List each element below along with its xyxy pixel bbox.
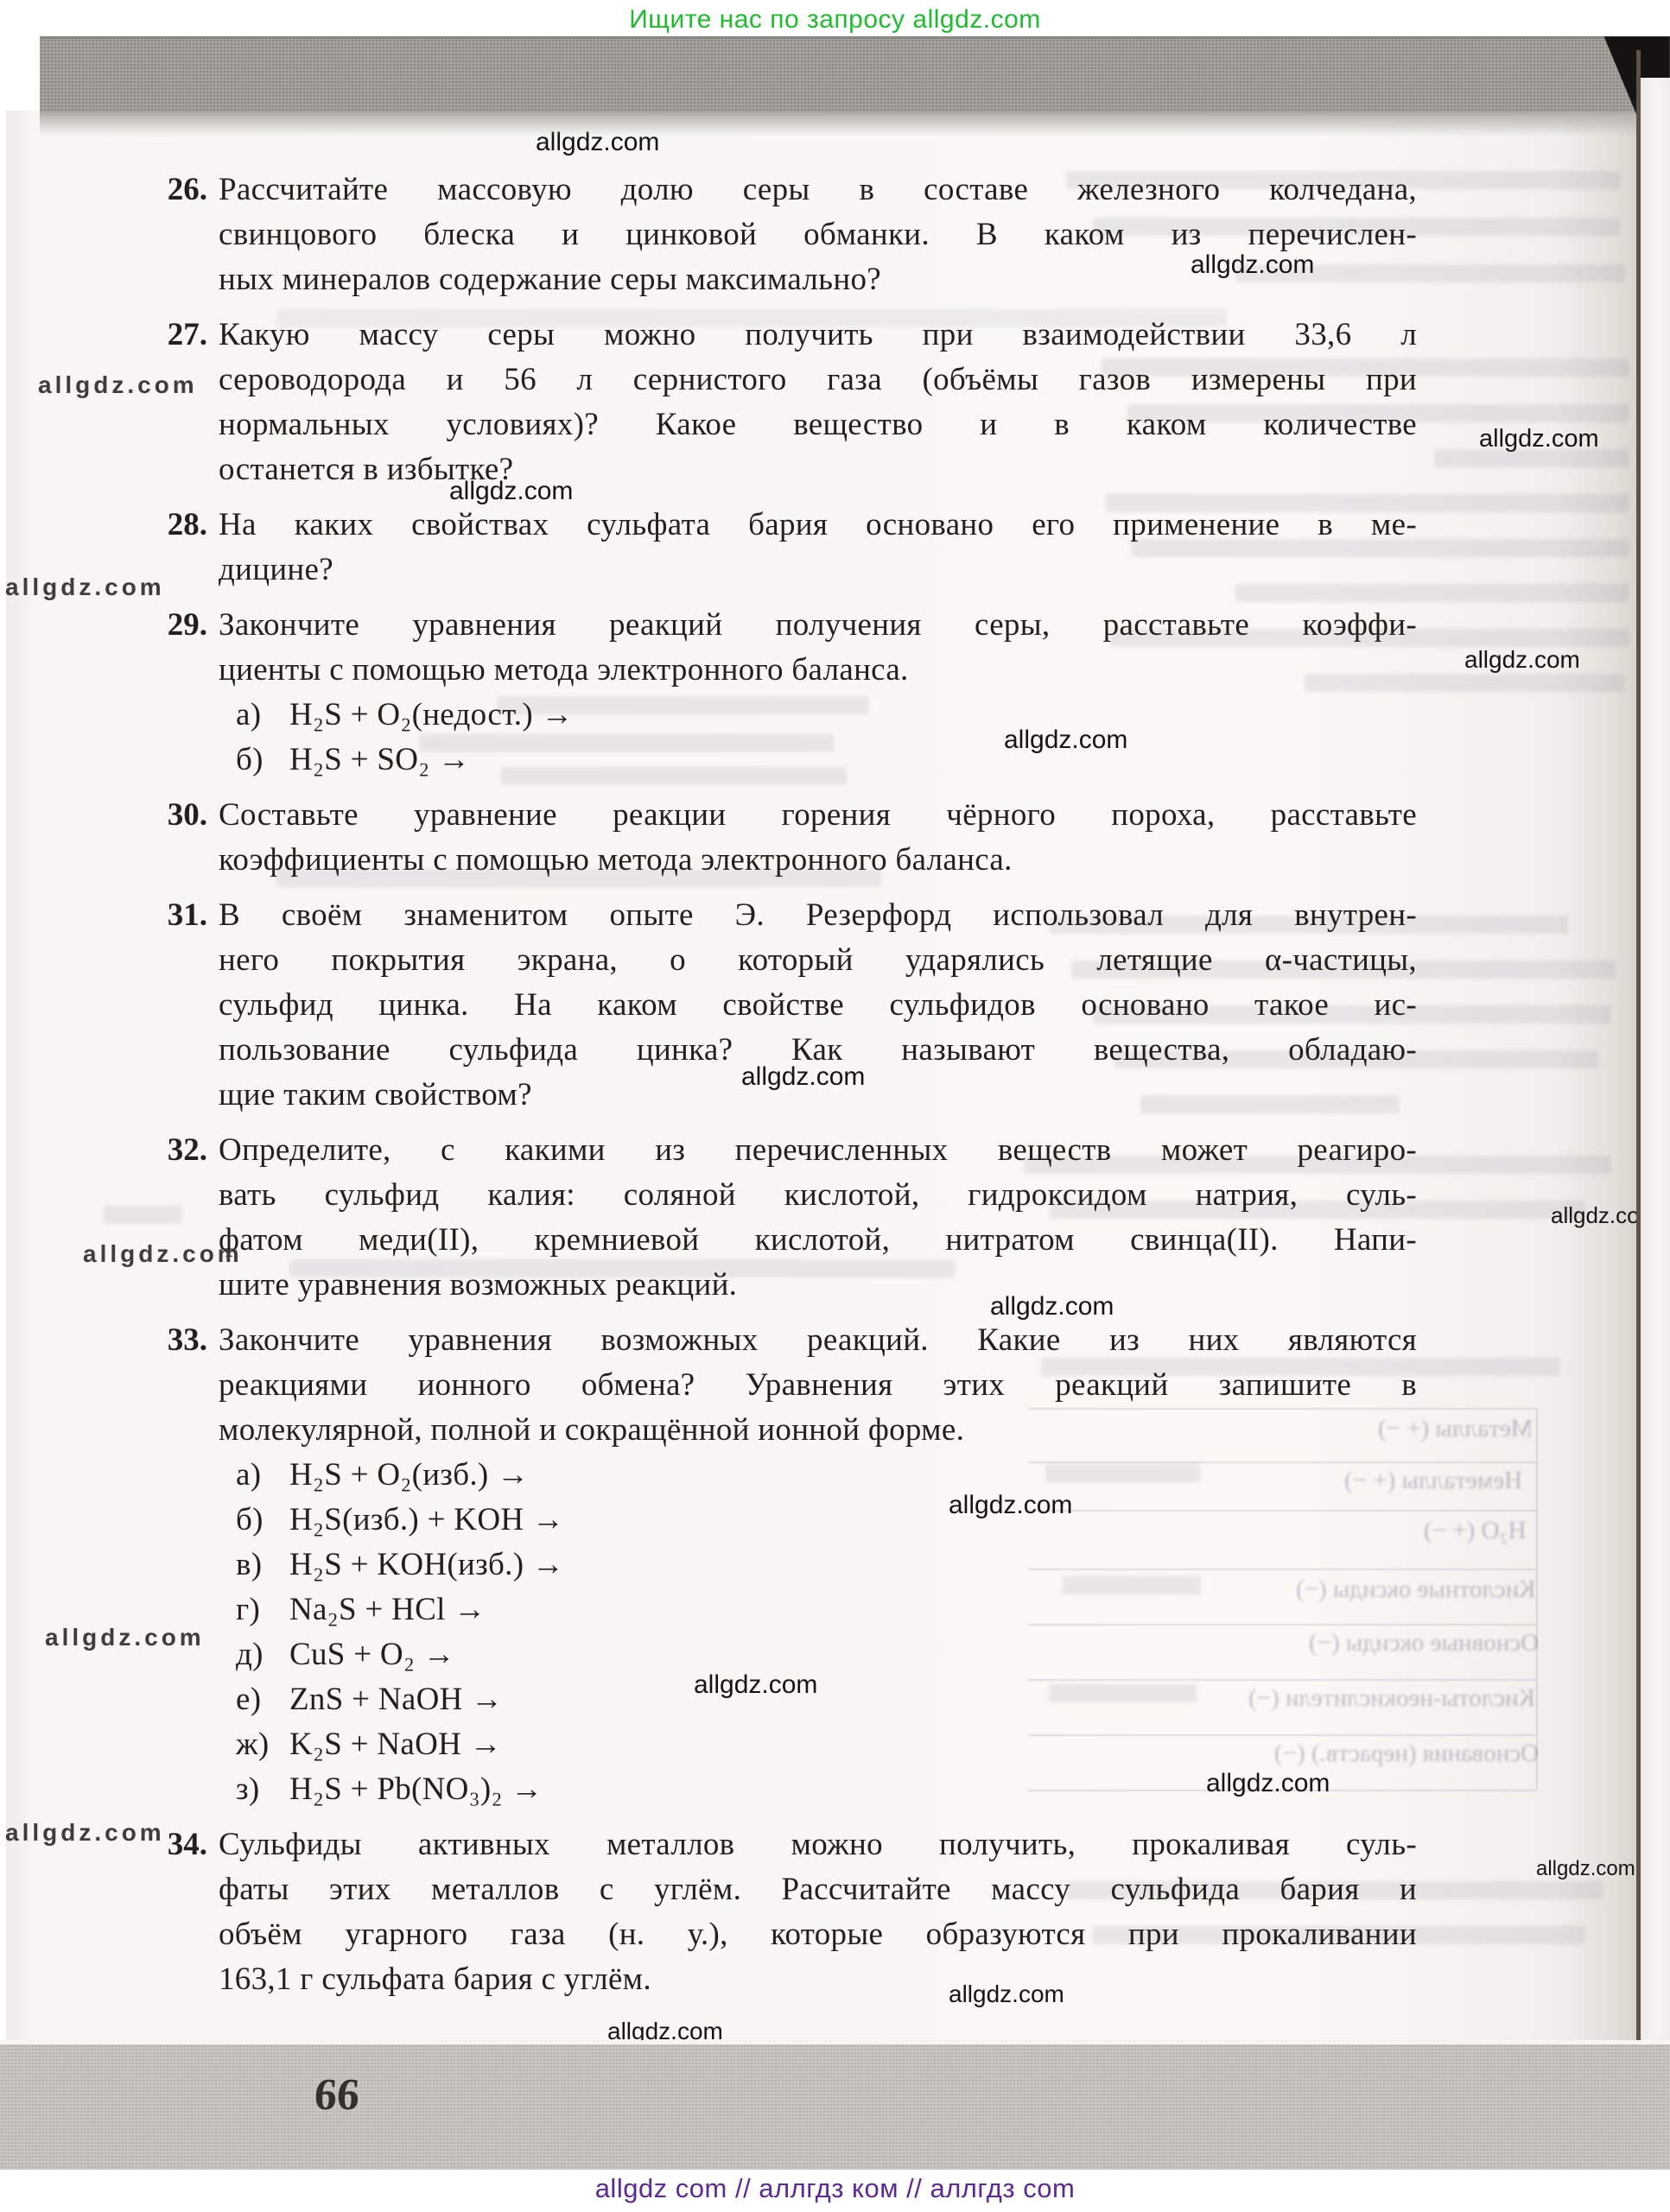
equation-line: б)H₂S + SO₂ →: [219, 738, 1417, 783]
problem-text: Рассчитайте массовую долю серы в составе…: [219, 168, 1417, 302]
scanned-textbook-page: Металлы (+ −)Неметаллы (+ −)Н₂О (+ −)Кис…: [0, 0, 1670, 2212]
site-watermark: allgdz.com: [38, 371, 198, 399]
problem-text-line: дицине?: [219, 548, 1417, 593]
problem-30: 30.Составьте уравнение реакции горения ч…: [162, 793, 1417, 883]
equation-formula: ZnS + NaOH →: [289, 1682, 503, 1717]
site-watermark: allgdz.com: [949, 1491, 1072, 1520]
problem-text: Закончите уравнения возможных реакций. К…: [219, 1318, 1417, 1812]
equation-line: в)H₂S + KOH(изб.) →: [219, 1543, 1417, 1588]
problem-33: 33.Закончите уравнения возможных реакций…: [162, 1318, 1417, 1812]
equation-formula: Na₂S + HCl →: [289, 1592, 486, 1627]
problem-text-line: Какую массу серы можно получить при взаи…: [219, 313, 1417, 358]
page-left-edge: [0, 111, 6, 2044]
site-watermark: allgdz.com: [990, 1292, 1114, 1321]
problem-number: 31.: [162, 893, 207, 1118]
site-watermark: allgdz.com: [1536, 1857, 1635, 1881]
equation-line: а)H₂S + O₂(недост.) →: [219, 693, 1417, 738]
equation-formula: K₂S + NaOH →: [289, 1727, 502, 1762]
problem-text-line: Рассчитайте массовую долю серы в составе…: [219, 168, 1417, 212]
problem-text: Составьте уравнение реакции горения чёрн…: [219, 793, 1417, 883]
problem-27: 27.Какую массу серы можно получить при в…: [162, 313, 1417, 492]
problem-text: Сульфиды активных металлов можно получит…: [219, 1822, 1417, 2002]
bleedthrough-table-divider: [1536, 1408, 1538, 1790]
problem-number: 30.: [162, 793, 207, 883]
equation-line: д)CuS + O₂ →: [219, 1632, 1417, 1677]
site-watermark: allgdz.com: [1191, 250, 1314, 280]
equation-item-label: в): [236, 1543, 289, 1588]
problem-number: 28.: [162, 503, 207, 593]
equation-formula: H₂S + KOH(изб.) →: [289, 1547, 564, 1582]
equation-item-label: а): [236, 1453, 289, 1498]
site-watermark: allgdz.com: [1206, 1769, 1330, 1798]
site-watermark: allgdz.com: [1464, 646, 1580, 674]
equation-item-label: б): [236, 1498, 289, 1543]
problem-text-line: 163,1 г сульфата бария с углём.: [219, 1957, 1417, 2002]
problem-text-line: фатом меди(II), кремниевой кислотой, нит…: [219, 1218, 1417, 1263]
equation-formula: H₂S + O₂(изб.) →: [289, 1457, 529, 1493]
equation-formula: H₂S + O₂(недост.) →: [289, 697, 574, 732]
problem-number: 29.: [162, 603, 207, 783]
promo-header: Ищите нас по запросу allgdz.com: [0, 5, 1670, 35]
problem-text: Закончите уравнения реакций получения се…: [219, 603, 1417, 783]
site-watermark: allgdz.com: [1479, 425, 1599, 453]
problem-text-line: шите уравнения возможных реакций.: [219, 1263, 1417, 1308]
site-watermark: allgdz.com: [741, 1062, 865, 1092]
problem-text-line: него покрытия экрана, о который ударялис…: [219, 938, 1417, 983]
problem-text: Какую массу серы можно получить при взаи…: [219, 313, 1417, 492]
problem-34: 34.Сульфиды активных металлов можно полу…: [162, 1822, 1417, 2002]
site-watermark: allgdz.com: [1004, 726, 1127, 755]
equation-item-label: з): [236, 1767, 289, 1812]
equation-line: а)H₂S + O₂(изб.) →: [219, 1453, 1417, 1498]
problem-text-line: Определите, с какими из перечисленных ве…: [219, 1128, 1417, 1173]
equation-item-label: б): [236, 738, 289, 783]
problem-text: Определите, с какими из перечисленных ве…: [219, 1128, 1417, 1308]
site-watermark: allgdz.com: [5, 574, 165, 601]
problem-text-line: коэффициенты с помощью метода электронно…: [219, 838, 1417, 883]
problem-text-line: реакциями ионного обмена? Уравнения этих…: [219, 1363, 1417, 1408]
problem-text-line: объём угарного газа (н. у.), которые обр…: [219, 1912, 1417, 1957]
problem-number: 32.: [162, 1128, 207, 1308]
problem-26: 26.Рассчитайте массовую долю серы в сост…: [162, 168, 1417, 302]
problem-text-line: фаты этих металлов с углём. Рассчитайте …: [219, 1867, 1417, 1912]
site-watermark: allgdz.com: [694, 1670, 817, 1700]
problem-number: 34.: [162, 1822, 207, 2002]
scan-top-band: [40, 36, 1670, 115]
equation-formula: H₂S + Pb(NO₃)₂ →: [289, 1772, 543, 1807]
problem-text-line: Сульфиды активных металлов можно получит…: [219, 1822, 1417, 1867]
problem-number: 33.: [162, 1318, 207, 1812]
equation-item-label: е): [236, 1677, 289, 1722]
page-number: 66: [313, 2069, 361, 2120]
problem-number: 26.: [162, 168, 207, 302]
problem-text-line: вать сульфид калия: соляной кислотой, ги…: [219, 1173, 1417, 1218]
equation-formula: CuS + O₂ →: [289, 1637, 455, 1672]
problem-number: 27.: [162, 313, 207, 492]
problem-28: 28.На каких свойствах сульфата бария осн…: [162, 503, 1417, 593]
problem-29: 29.Закончите уравнения реакций получения…: [162, 603, 1417, 783]
equation-formula: H₂S + SO₂ →: [289, 742, 470, 777]
site-watermark: allgdz.com: [45, 1624, 205, 1651]
scan-bottom-band: [0, 2040, 1670, 2174]
equation-item-label: д): [236, 1632, 289, 1677]
equation-line: б)H₂S(изб.) + KOH →: [219, 1498, 1417, 1543]
problem-text-line: нормальных условиях)? Какое вещество и в…: [219, 402, 1417, 447]
problem-text-line: Составьте уравнение реакции горения чёрн…: [219, 793, 1417, 838]
equation-item-label: г): [236, 1588, 289, 1632]
problem-text-line: циенты с помощью метода электронного бал…: [219, 648, 1417, 693]
problem-text: На каких свойствах сульфата бария основа…: [219, 503, 1417, 593]
problem-text-line: На каких свойствах сульфата бария основа…: [219, 503, 1417, 548]
adjacent-page-edge: [1641, 78, 1670, 2064]
equation-formula: H₂S(изб.) + KOH →: [289, 1502, 564, 1537]
problem-text-line: сульфид цинка. На каком свойстве сульфид…: [219, 983, 1417, 1028]
problem-text-line: Закончите уравнения реакций получения се…: [219, 603, 1417, 648]
site-watermark: allgdz.com: [949, 1981, 1064, 2008]
problem-text-line: сероводорода и 56 л сернистого газа (объ…: [219, 358, 1417, 402]
problem-32: 32.Определите, с какими из перечисленных…: [162, 1128, 1417, 1308]
bleedthrough-table-label: Н₂О (+ −): [1424, 1517, 1527, 1545]
equation-line: ж)K₂S + NaOH →: [219, 1722, 1417, 1767]
site-watermark: allgdz.com: [83, 1240, 243, 1268]
problem-text-line: молекулярной, полной и сокращённой ионно…: [219, 1408, 1417, 1453]
site-watermark: allgdz.com: [5, 1819, 165, 1847]
problem-text-line: останется в избытке?: [219, 447, 1417, 492]
equation-line: е)ZnS + NaOH →: [219, 1677, 1417, 1722]
site-watermark: allgdz.com: [449, 477, 573, 506]
scan-top-band-fade: [40, 112, 1670, 136]
equation-item-label: ж): [236, 1722, 289, 1767]
footer-links: allgdz com // аллгдз ком // аллгдз com: [0, 2173, 1670, 2204]
problem-text-line: В своём знаменитом опыте Э. Резерфорд ис…: [219, 893, 1417, 938]
problem-text-line: Закончите уравнения возможных реакций. К…: [219, 1318, 1417, 1363]
equation-item-label: а): [236, 693, 289, 738]
equation-line: г)Na₂S + HCl →: [219, 1588, 1417, 1632]
